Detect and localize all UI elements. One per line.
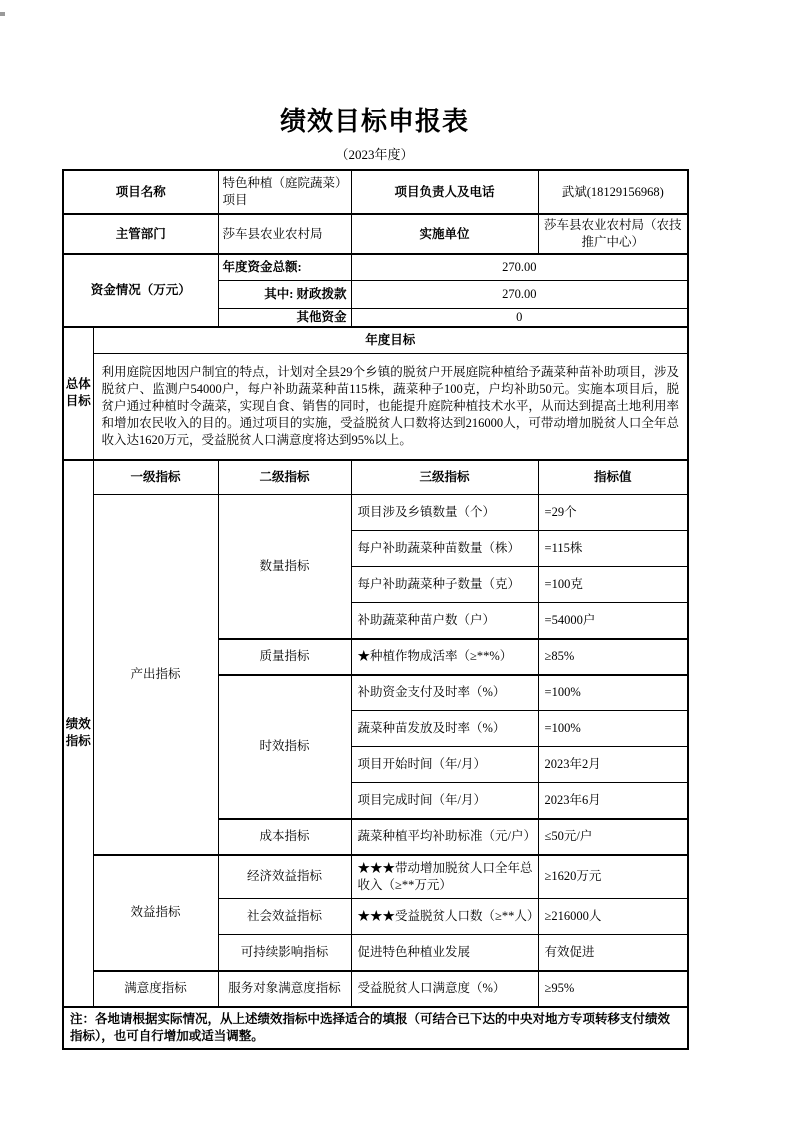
col-header-value: 指标值 [538,460,688,495]
form-document: 绩效目标申报表 （2023年度） 项目名称 特色种植（庭院蔬菜）项目 项目负责人… [62,0,687,1050]
level2-sustain: 可持续影响指标 [218,935,351,971]
page-title: 绩效目标申报表 [62,106,687,138]
level3-indicator: ★种植作物成活率（≥**%） [351,639,538,675]
funding-fiscal-label: 其中: 财政拨款 [218,280,351,308]
level3-indicator: 补助蔬菜种苗户数（户） [351,603,538,639]
level3-indicator: ★★★带动增加脱贫人口全年总收入（≥**万元） [351,855,538,899]
level3-indicator: 促进特色种植业发展 [351,935,538,971]
performance-form-table: 项目名称 特色种植（庭院蔬菜）项目 项目负责人及电话 武斌(1812915696… [62,169,689,1050]
funding-total-label: 年度资金总额: [218,254,351,280]
level2-quantity: 数量指标 [218,495,351,639]
impl-unit-value: 莎车县农业农村局（农技推广中心） [538,214,688,254]
funding-total-value: 270.00 [351,254,688,280]
level3-indicator: 每户补助蔬菜种苗数量（株） [351,531,538,567]
level3-indicator: 补助资金支付及时率（%） [351,675,538,711]
indicator-value: =100% [538,711,688,747]
col-header-level1: 一级指标 [93,460,218,495]
funding-other-label: 其他资金 [218,308,351,327]
indicator-row: 产出指标 数量指标 项目涉及乡镇数量（个） =29个 [63,495,688,531]
level3-indicator: ★★★受益脱贫人口数（≥**人） [351,899,538,935]
table-row: 项目名称 特色种植（庭院蔬菜）项目 项目负责人及电话 武斌(1812915696… [63,170,688,214]
overall-goal-section-label: 总体目标 [63,327,93,460]
level3-indicator: 项目完成时间（年/月） [351,783,538,819]
indicator-value: =100克 [538,567,688,603]
project-name-value: 特色种植（庭院蔬菜）项目 [218,170,351,214]
leader-value: 武斌(18129156968) [538,170,688,214]
dept-value: 莎车县农业农村局 [218,214,351,254]
annual-goal-header: 年度目标 [93,327,688,354]
table-row: 主管部门 莎车县农业农村局 实施单位 莎车县农业农村局（农技推广中心） [63,214,688,254]
indicator-value: ≥95% [538,971,688,1007]
document-page: 绩效目标申报表 （2023年度） 项目名称 特色种植（庭院蔬菜）项目 项目负责人… [0,0,793,1122]
funding-other-value: 0 [351,308,688,327]
scan-artifact [0,12,5,16]
table-row: 资金情况（万元） 年度资金总额: 270.00 [63,254,688,280]
level1-output: 产出指标 [93,495,218,855]
level3-indicator: 蔬菜种苗发放及时率（%） [351,711,538,747]
col-header-level3: 三级指标 [351,460,538,495]
level3-indicator: 项目涉及乡镇数量（个） [351,495,538,531]
indicator-value: 2023年6月 [538,783,688,819]
table-row: 绩效指标 一级指标 二级指标 三级指标 指标值 [63,460,688,495]
leader-label: 项目负责人及电话 [351,170,538,214]
indicator-value: 有效促进 [538,935,688,971]
indicator-value: ≤50元/户 [538,819,688,855]
dept-label: 主管部门 [63,214,218,254]
page-subtitle: （2023年度） [62,147,687,162]
indicator-value: ≥85% [538,639,688,675]
indicator-row: 满意度指标 服务对象满意度指标 受益脱贫人口满意度（%） ≥95% [63,971,688,1007]
table-row: 注：各地请根据实际情况，从上述绩效指标中选择适合的填报（可结合已下达的中央对地方… [63,1007,688,1049]
indicator-row: 效益指标 经济效益指标 ★★★带动增加脱贫人口全年总收入（≥**万元） ≥162… [63,855,688,899]
col-header-level2: 二级指标 [218,460,351,495]
project-name-label: 项目名称 [63,170,218,214]
indicator-value: ≥1620万元 [538,855,688,899]
indicator-value: =29个 [538,495,688,531]
form-note: 注：各地请根据实际情况，从上述绩效指标中选择适合的填报（可结合已下达的中央对地方… [63,1007,688,1049]
level2-service: 服务对象满意度指标 [218,971,351,1007]
table-row: 利用庭院因地因户制宜的特点，计划对全县29个乡镇的脱贫户开展庭院种植给予蔬菜种苗… [63,354,688,460]
level2-social: 社会效益指标 [218,899,351,935]
level3-indicator: 项目开始时间（年/月） [351,747,538,783]
level1-satisfaction: 满意度指标 [93,971,218,1007]
indicator-value: =115株 [538,531,688,567]
level3-indicator: 受益脱贫人口满意度（%） [351,971,538,1007]
indicators-section-label: 绩效指标 [63,460,93,1007]
level2-quality: 质量指标 [218,639,351,675]
level2-cost: 成本指标 [218,819,351,855]
level2-timeliness: 时效指标 [218,675,351,819]
level1-benefit: 效益指标 [93,855,218,971]
annual-goal-text: 利用庭院因地因户制宜的特点，计划对全县29个乡镇的脱贫户开展庭院种植给予蔬菜种苗… [93,354,688,460]
indicator-value: =54000户 [538,603,688,639]
indicator-value: ≥216000人 [538,899,688,935]
impl-unit-label: 实施单位 [351,214,538,254]
funding-section-label: 资金情况（万元） [63,254,218,327]
table-row: 总体目标 年度目标 [63,327,688,354]
level3-indicator: 蔬菜种植平均补助标准（元/户） [351,819,538,855]
indicator-value: =100% [538,675,688,711]
funding-fiscal-value: 270.00 [351,280,688,308]
indicator-value: 2023年2月 [538,747,688,783]
level3-indicator: 每户补助蔬菜种子数量（克） [351,567,538,603]
level2-economic: 经济效益指标 [218,855,351,899]
